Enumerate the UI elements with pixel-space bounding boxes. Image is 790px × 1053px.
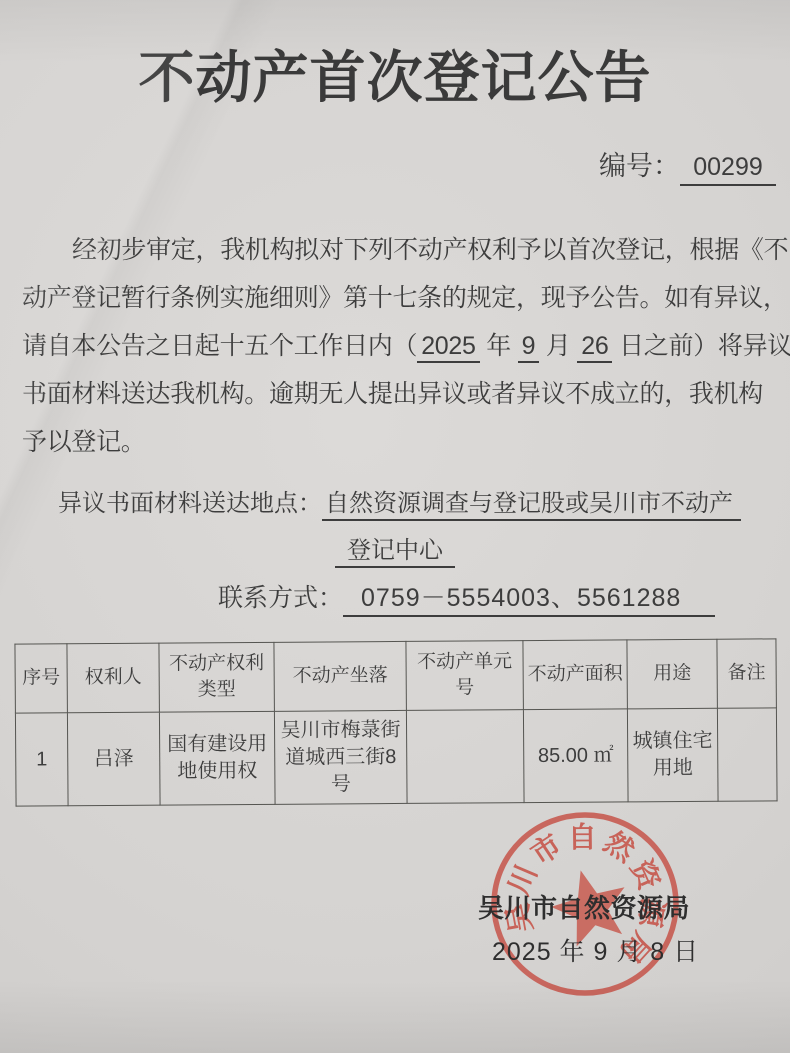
table-row: 1 吕泽 国有建设用地使用权 吴川市梅菉街道城西三街8号 85.00 ㎡ 城镇住… — [15, 708, 777, 806]
table-header-row: 序号 权利人 不动产权利类型 不动产坐落 不动产单元号 不动产面积 用途 备注 — [15, 639, 776, 713]
delivery-address-line-2: 登记中心 — [0, 530, 790, 565]
document-number-value: 00299 — [680, 153, 776, 186]
delivery-address-value-2: 登记中心 — [335, 537, 455, 568]
cell-unit-no — [406, 710, 524, 804]
deadline-post: 日之前）将异议 — [612, 332, 790, 360]
cell-seq: 1 — [15, 713, 68, 806]
property-table: 序号 权利人 不动产权利类型 不动产坐落 不动产单元号 不动产面积 用途 备注 … — [14, 638, 777, 806]
header-use: 用途 — [627, 639, 717, 709]
document-photo: 不动产首次登记公告 编号：00299 经初步审定，我机构拟对下列不动产权利予以首… — [0, 0, 790, 1053]
delivery-address-value: 自然资源调查与登记股或吴川市不动产 — [322, 490, 741, 521]
document-number: 编号：00299 — [599, 144, 776, 186]
cell-location: 吴川市梅菉街道城西三街8号 — [274, 710, 407, 804]
deadline-sep1: 年 — [480, 332, 518, 360]
header-holder: 权利人 — [67, 643, 159, 713]
header-area: 不动产面积 — [523, 640, 627, 710]
signature-date: 2025 年 9 月 8 日 — [492, 932, 699, 968]
header-seq: 序号 — [15, 644, 67, 713]
delivery-address-line: 异议书面材料送达地点：自然资源调查与登记股或吴川市不动产 — [58, 483, 741, 518]
page-title: 不动产首次登记公告 — [0, 34, 790, 114]
body-line-2: 动产登记暂行条例实施细则》第十七条的规定，现予公告。如有异议， — [22, 274, 778, 322]
cell-holder: 吕泽 — [67, 712, 160, 806]
cell-right-type: 国有建设用地使用权 — [159, 711, 275, 805]
body-line-4: 书面材料送达我机构。逾期无人提出异议或者异议不成立的，我机构 — [22, 370, 778, 418]
deadline-month: 9 — [518, 332, 540, 363]
cell-area: 85.00 ㎡ — [523, 709, 628, 803]
header-location: 不动产坐落 — [274, 641, 406, 711]
cell-remark — [717, 708, 777, 801]
contact-phone: 0759－5554003、5561288 — [343, 584, 715, 617]
header-remark: 备注 — [717, 639, 776, 708]
body-line-1: 经初步审定，我机构拟对下列不动产权利予以首次登记，根据《不 — [22, 226, 778, 274]
contact-label: 联系方式： — [218, 584, 343, 612]
body-line-3: 请自本公告之日起十五个工作日内（2025 年 9 月 26 日之前）将异议 — [22, 322, 778, 370]
document-number-label: 编号： — [599, 151, 680, 181]
header-unit-no: 不动产单元号 — [406, 641, 523, 711]
cell-use: 城镇住宅用地 — [627, 708, 718, 802]
deadline-pre: 请自本公告之日起十五个工作日内（ — [22, 332, 417, 360]
deadline-sep2: 月 — [539, 332, 577, 360]
deadline-day: 26 — [577, 332, 612, 363]
deadline-year: 2025 — [417, 332, 479, 363]
header-right-type: 不动产权利类型 — [159, 642, 274, 712]
delivery-address-label: 异议书面材料送达地点： — [58, 490, 322, 517]
body-line-5: 予以登记。 — [22, 418, 778, 466]
contact-line: 联系方式：0759－5554003、5561288 — [218, 578, 715, 614]
notice-body: 经初步审定，我机构拟对下列不动产权利予以首次登记，根据《不 动产登记暂行条例实施… — [22, 226, 778, 466]
signature-org: 吴川市自然资源局 — [478, 888, 690, 925]
